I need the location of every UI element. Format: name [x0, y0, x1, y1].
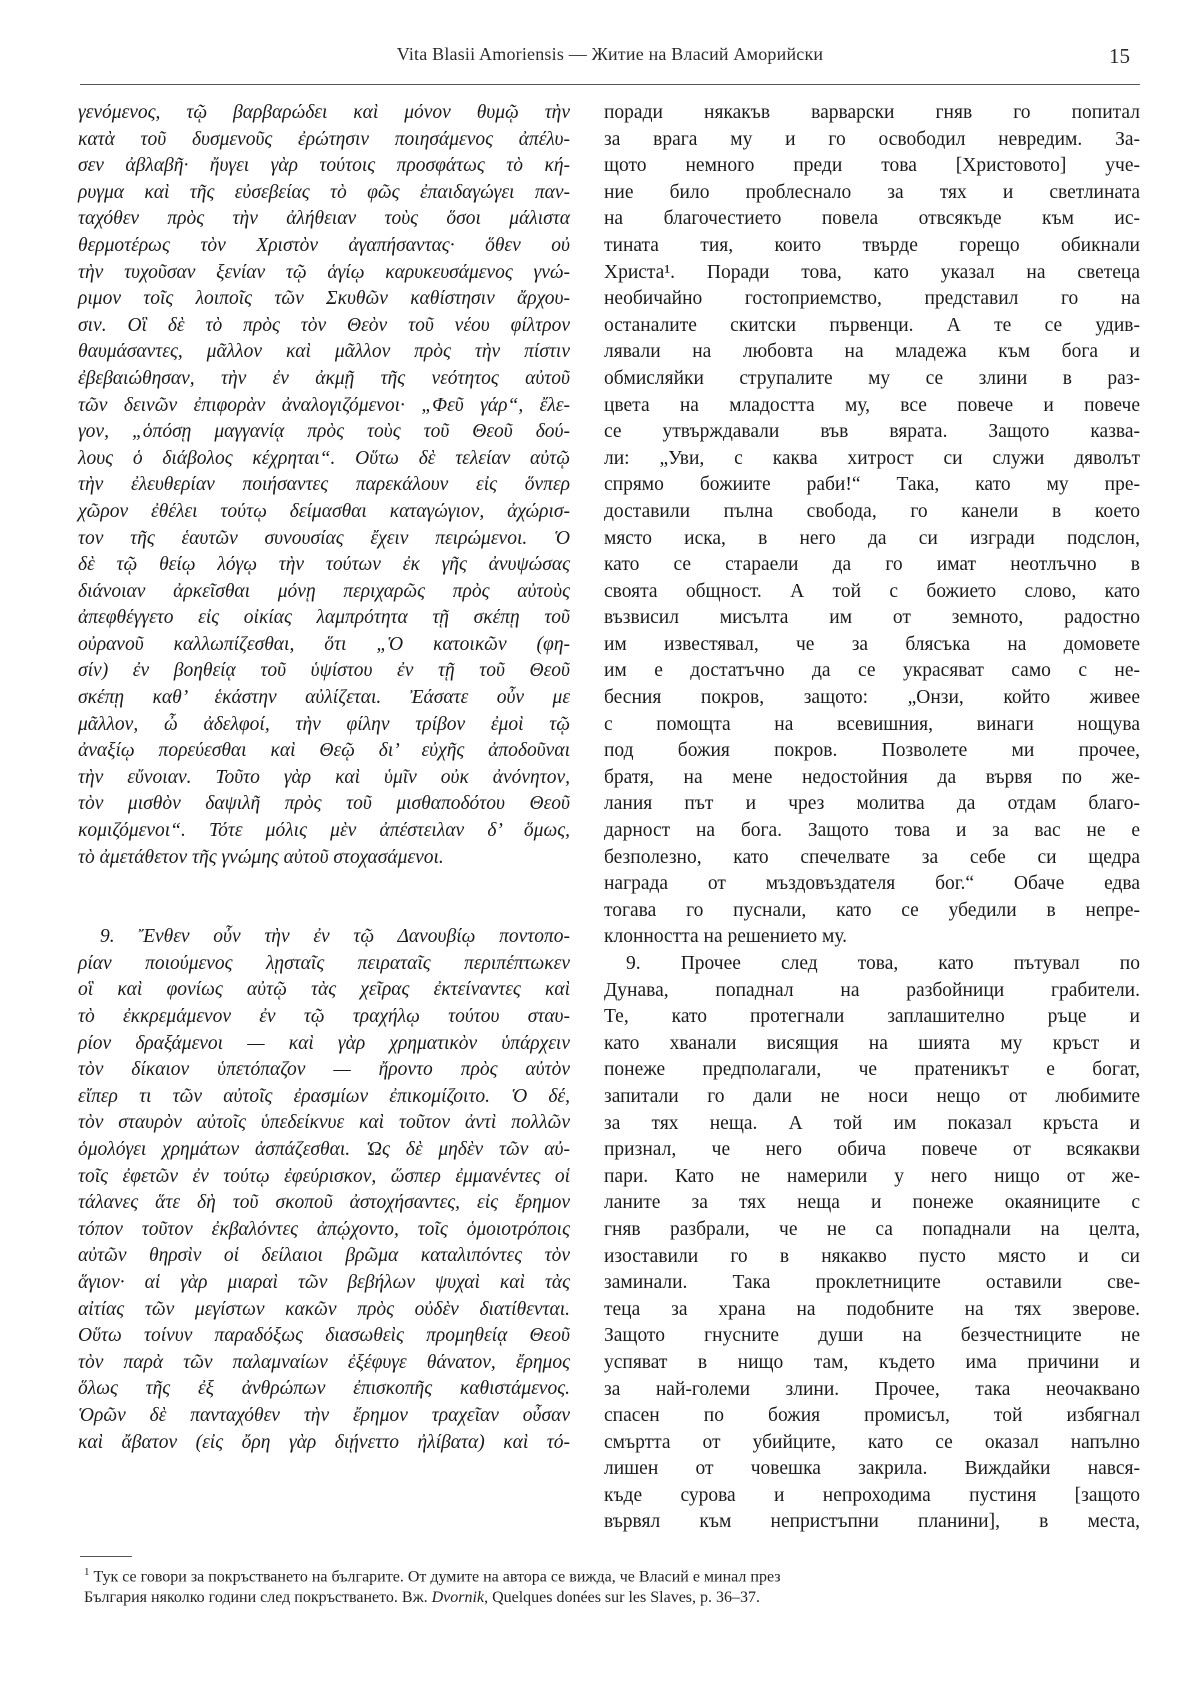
text-line: щото немного преди това [Христовото] уче…	[604, 153, 1140, 180]
text-line: безполезно, като спечелвате за себе си щ…	[604, 845, 1140, 872]
text-line: гняв разбрали, че не са попаднали на цел…	[604, 1217, 1140, 1244]
text-line: ὅλως τῆς ἐξ ἀνθρώπων ἐπισκοπῆς καθιστάμε…	[78, 1376, 570, 1403]
text-line: τὸν παρὰ τῶν παλαμναίων ἐξέφυγε θάνατον,…	[78, 1350, 570, 1377]
text-line: възвисил мисълта им от земното, радостно	[604, 605, 1140, 632]
text-line: τάλανες ἅτε δὴ τοῦ σκοποῦ ἀστοχήσαντες, …	[78, 1190, 570, 1217]
text-line: за врага му и го освободил невредим. За-	[604, 127, 1140, 154]
text-line: κομιζόμενοι“. Τότε μόλις μὲν ἀπέστειλαν …	[78, 818, 570, 845]
text-line: τὸν σταυρὸν αὐτοῖς ὑπεδείκνυε καὶ τοῦτον…	[78, 1110, 570, 1137]
footnote-cited-author: Dvornik	[432, 1589, 484, 1606]
footnote-divider	[80, 1556, 132, 1557]
text-line: τῶν δεινῶν ἐπιφορὰν ἀναλογιζόμενοι· „Φεῦ…	[78, 393, 570, 420]
greek-paragraph-9: 9. Ἔνθεν οὖν τὴν ἐν τῷ Δανουβίῳ ποντοπο-…	[78, 924, 570, 1456]
text-line: с помощта на всевишния, винаги нощува	[604, 712, 1140, 739]
text-line: θαυμάσαντες, μᾶλλον καὶ μᾶλλον πρὸς τὴν …	[78, 339, 570, 366]
text-line: ли: „Уви, с каква хитрост си служи дявол…	[604, 446, 1140, 473]
text-line: οὐρανοῦ καλλωπίζεσθαι, ὅτι „Ὁ κατοικῶν (…	[78, 632, 570, 659]
book-page: Vita Blasii Amoriensis — Житие на Власий…	[0, 0, 1200, 1704]
text-line: οἳ καὶ φονίως αὐτῷ τὰς χεῖρας ἐκτείναντε…	[78, 977, 570, 1004]
running-title: Vita Blasii Amoriensis — Житие на Власий…	[80, 44, 1140, 65]
footnote-marker: 1	[84, 1566, 90, 1578]
text-line: заминали. Така проклетниците оставили св…	[604, 1270, 1140, 1297]
text-line: τὸν δίκαιον ὑπετόπαζον — ἤροντο πρὸς αὐτ…	[78, 1057, 570, 1084]
text-line: братя, на мене недостойния да вървя по ж…	[604, 765, 1140, 792]
text-line: 9. Прочее след това, като пътувал по	[604, 951, 1140, 978]
text-line: за тях неща. А той им показал кръста и	[604, 1111, 1140, 1138]
text-line: къде сурова и непроходима пустиня [защот…	[604, 1483, 1140, 1510]
text-line: κατὰ τοῦ δυσμενοῦς ἐρώτησιν ποιησάμενος …	[78, 127, 570, 154]
text-line: на благочестието повела отвсякъде към ис…	[604, 206, 1140, 233]
text-line: под божия покров. Позволете ми прочее,	[604, 738, 1140, 765]
text-line: Те, като протегнали заплашително ръце и	[604, 1004, 1140, 1031]
text-line: χῶρον ἐθέλει τούτῳ δείμασθαι καταγώγιον,…	[78, 499, 570, 526]
footnote-citation: , Quelques donées sur les Slaves, p. 36–…	[484, 1589, 760, 1606]
footnote-line-1: 1Тук се говори за покръстването на бълга…	[84, 1562, 1134, 1587]
text-line: Защото гнусните души на безчестниците не	[604, 1323, 1140, 1350]
text-line: успяват в нищо там, където има причини и	[604, 1350, 1140, 1377]
text-line: ταχόθεν πρὸς τὴν ἀλήθειαν τοὺς ὅσοι μάλι…	[78, 206, 570, 233]
text-line: поради някакъв варварски гняв го попитал	[604, 100, 1140, 127]
text-line: Христа¹. Поради това, като указал на све…	[604, 260, 1140, 287]
greek-paragraph-8-end: γενόμενος, τῷ βαρβαρώδει καὶ μόνον θυμῷ …	[78, 100, 570, 871]
text-line: διάνοιαν ἀρκεῖσθαι μόνῃ περιχαρῶς πρὸς α…	[78, 579, 570, 606]
footnote-line-2: България няколко години след покръстване…	[84, 1587, 1134, 1608]
text-line: τόπον τοῦτον ἐκβαλόντες ἀπῴχοντο, τοῖς ὁ…	[78, 1217, 570, 1244]
text-line: τοῖς ἐφετῶν ἐν τούτῳ ἐφεύρισκον, ὥσπερ ἐ…	[78, 1164, 570, 1191]
text-line: σιν. Οἳ δὲ τὸ πρὸς τὸν Θεὸν τοῦ νέου φίλ…	[78, 313, 570, 340]
text-line: необичайно гостоприемство, представил го…	[604, 286, 1140, 313]
text-line: τὴν τυχοῦσαν ξενίαν τῷ ἁγίῳ καρυκευσάμεν…	[78, 260, 570, 287]
text-line: запитали го дали не носи нещо от любимит…	[604, 1084, 1140, 1111]
text-line: цвета на младостта му, все повече и пове…	[604, 393, 1140, 420]
text-line: доставили пълна свобода, го канели в кое…	[604, 499, 1140, 526]
text-line: δὲ τῷ θείῳ λόγῳ τὴν τούτων ἐκ γῆς ἀνυψώσ…	[78, 552, 570, 579]
text-line: тогава го пуснали, като се убедили в неп…	[604, 898, 1140, 925]
text-line: τὸν μισθὸν δαψιλῆ πρὸς τοῦ μισθαποδότου …	[78, 791, 570, 818]
text-line: лания път и чрез молитва да отдам благо-	[604, 791, 1140, 818]
bulgarian-paragraph-8-end: поради някакъв варварски гняв го попитал…	[604, 100, 1140, 951]
text-line: τὸ ἀμετάθετον τῆς γνώμης αὐτοῦ στοχασάμε…	[78, 845, 570, 872]
text-line: място иска, в него да си изгради подслон…	[604, 526, 1140, 553]
text-line: награда от мъздовъздателя бог.“ Обаче ед…	[604, 871, 1140, 898]
text-line: γον, „ὁπόσῃ μαγγανίᾳ πρὸς τοὺς τοῦ Θεοῦ …	[78, 419, 570, 446]
text-line: лявали на любовта на младежа към бога и	[604, 339, 1140, 366]
text-line: смъртта от убийците, като се оказал напъ…	[604, 1430, 1140, 1457]
text-line: ρίον δραξάμενοι — καὶ γὰρ χρηματικὸν ὑπά…	[78, 1031, 570, 1058]
text-line: ланите за тях неща и понеже окаяниците с	[604, 1190, 1140, 1217]
text-line: признал, че него обича повече от всякакв…	[604, 1137, 1140, 1164]
text-line: обмисляйки струпалите му се злини в раз-	[604, 366, 1140, 393]
text-line: за най-големи злини. Прочее, така неочак…	[604, 1377, 1140, 1404]
greek-text-column: γενόμενος, τῷ βαρβαρώδει καὶ μόνον θυμῷ …	[78, 100, 570, 1456]
text-line: понеже предполагали, че пратеникът е бог…	[604, 1057, 1140, 1084]
text-line: σίν) ἐν βοηθείᾳ τοῦ ὑψίστου ἐν τῇ τοῦ Θε…	[78, 658, 570, 685]
text-line: им известявал, че за блясъка на домовете	[604, 632, 1140, 659]
bulgarian-translation-column: поради някакъв варварски гняв го попитал…	[604, 100, 1140, 1536]
text-line: τον τῆς ἑαυτῶν συνουσίας ἔχειν πειρώμενο…	[78, 526, 570, 553]
text-line: клонността на решението му.	[604, 924, 1140, 951]
text-line: като хванали висящия на шията му кръст и	[604, 1031, 1140, 1058]
text-line: θερμοτέρως τὸν Χριστὸν ἀγαπήσαντας· ὅθεν…	[78, 233, 570, 260]
text-line: спасен по божия промисъл, той избягнал	[604, 1403, 1140, 1430]
text-line: ρυγμα καὶ τῆς εὐσεβείας τὸ φῶς ἐπαιδαγώγ…	[78, 180, 570, 207]
text-line: ние било проблеснало за тях и светлината	[604, 180, 1140, 207]
text-line: останалите скитски първенци. А те се уди…	[604, 313, 1140, 340]
page-number: 15	[1109, 44, 1130, 69]
footnote: 1Тук се говори за покръстването на бълга…	[84, 1562, 1134, 1608]
text-line: ὁμολόγει χρημάτων ἀσπάζεσθαι. Ὡς δὲ μηδὲ…	[78, 1137, 570, 1164]
text-line: Ὁρῶν δὲ πανταχόθεν τὴν ἔρημον τραχεῖαν ο…	[78, 1403, 570, 1430]
text-line: ρίαν ποιούμενος λῃσταῖς πειραταῖς περιπέ…	[78, 951, 570, 978]
text-line: спрямо божиите раби!“ Така, като му пре-	[604, 472, 1140, 499]
text-line: αὐτῶν θηρσὶν οἱ δείλαιοι βρῶμα καταλιπόν…	[78, 1243, 570, 1270]
text-line: теца за храна на подобните на тях зверов…	[604, 1297, 1140, 1324]
text-line: καὶ ἄβατον (εἰς ὄρη γὰρ διῄνεττο ἠλίβατα…	[78, 1430, 570, 1457]
footnote-text-2: България няколко години след покръстване…	[84, 1589, 432, 1606]
text-line: τὸ ἐκκρεμάμενον ἐν τῷ τραχήλῳ τούτου στα…	[78, 1004, 570, 1031]
running-header: Vita Blasii Amoriensis — Житие на Власий…	[80, 44, 1140, 85]
text-line: αἰτίας τῶν μεγίστων κακῶν πρὸς οὐδὲν δια…	[78, 1297, 570, 1324]
text-line: ριμον τοῖς λοιποῖς τῶν Σκυθῶν καθίστησιν…	[78, 286, 570, 313]
paragraph-gap	[78, 871, 570, 924]
text-line: μᾶλλον, ὦ ἀδελφοί, τὴν φίλην τρίβον ἐμοὶ…	[78, 712, 570, 739]
text-line: изоставили го в някакво пусто място и си	[604, 1244, 1140, 1271]
bulgarian-paragraph-9: 9. Прочее след това, като пътувал поДуна…	[604, 951, 1140, 1536]
text-line: εἴπερ τι τῶν αὐτοῖς ἐρασμίων ἐπικομίζοιτ…	[78, 1084, 570, 1111]
footnote-text-1: Тук се говори за покръстването на българ…	[94, 1568, 781, 1585]
text-line: им е достатъчно да се украсяват само с н…	[604, 658, 1140, 685]
text-line: вървял към непристъпни планини], в места…	[604, 1509, 1140, 1536]
text-line: като се стараели да го имат неотлъчно в	[604, 552, 1140, 579]
text-line: пари. Като не намерили у него нищо от же…	[604, 1164, 1140, 1191]
text-line: τὴν ἐλευθερίαν ποιήσαντες παρεκάλουν εἰς…	[78, 472, 570, 499]
text-line: бесния покров, защото: „Онзи, който живе…	[604, 685, 1140, 712]
text-line: ἀπεφθέγγετο εἰς οἰκίας λαμπρότητα τῇ σκέ…	[78, 605, 570, 632]
text-line: Дунава, попаднал на разбойници грабители…	[604, 978, 1140, 1005]
text-line: тината тия, които твърде горещо обикнали	[604, 233, 1140, 260]
text-line: λους ὁ διάβολος κέχρηται“. Οὕτω δὲ τελεί…	[78, 446, 570, 473]
text-line: σκέπῃ καθ’ ἑκάστην αὐλίζεται. Ἐάσατε οὖν…	[78, 685, 570, 712]
text-line: ἅγιον· αἱ γὰρ μιαραὶ τῶν βεβήλων ψυχαὶ κ…	[78, 1270, 570, 1297]
text-line: ἀναξίῳ πορεύεσθαι καὶ Θεῷ δι’ εὐχῆς ἀποδ…	[78, 738, 570, 765]
text-line: γενόμενος, τῷ βαρβαρώδει καὶ μόνον θυμῷ …	[78, 100, 570, 127]
text-line: дарност на бога. Защото това и за вас не…	[604, 818, 1140, 845]
text-line: се утвърждавали във вярата. Защото казва…	[604, 419, 1140, 446]
text-line: ἐβεβαιώθησαν, τὴν ἐν ἀκμῇ τῆς νεότητος α…	[78, 366, 570, 393]
text-line: своята общност. А той с божието слово, к…	[604, 579, 1140, 606]
text-line: 9. Ἔνθεν οὖν τὴν ἐν τῷ Δανουβίῳ ποντοπο-	[78, 924, 570, 951]
text-line: Οὕτω τοίνυν παραδόξως διασωθεὶς προμηθεί…	[78, 1323, 570, 1350]
text-line: τὴν εὔνοιαν. Τοῦτο γὰρ καὶ ὑμῖν οὐκ ἀνόν…	[78, 765, 570, 792]
text-line: σεν ἀβλαβῆ· ἤυγει γὰρ τούτοις προσφάτως …	[78, 153, 570, 180]
text-line: лишен от човешка закрила. Виждайки нався…	[604, 1456, 1140, 1483]
